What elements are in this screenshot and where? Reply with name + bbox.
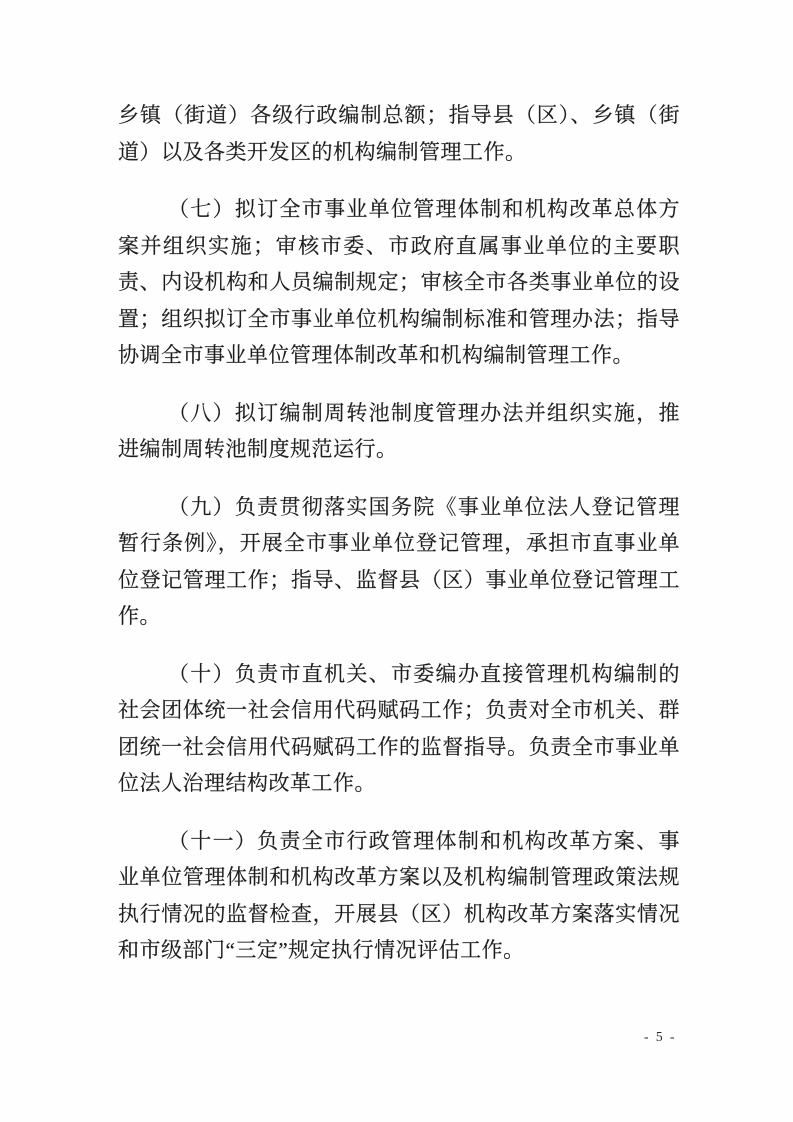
paragraph-continuation: 乡镇（街道）各级行政编制总额；指导县（区）、乡镇（街道）以及各类开发区的机构编制… bbox=[118, 97, 680, 170]
document-page: 乡镇（街道）各级行政编制总额；指导县（区）、乡镇（街道）以及各类开发区的机构编制… bbox=[0, 0, 793, 1122]
page-number: - 5 - bbox=[644, 1028, 677, 1046]
paragraph-item-8: （八）拟订编制周转池制度管理办法并组织实施，推进编制周转池制度规范运行。 bbox=[118, 395, 680, 468]
paragraph-item-11: （十一）负责全市行政管理体制和机构改革方案、事业单位管理体制和机构改革方案以及机… bbox=[118, 823, 680, 969]
paragraph-item-10: （十）负责市直机关、市委编办直接管理机构编制的社会团体统一社会信用代码赋码工作；… bbox=[118, 656, 680, 802]
paragraph-item-7: （七）拟订全市事业单位管理体制和机构改革总体方案并组织实施；审核市委、市政府直属… bbox=[118, 191, 680, 374]
paragraph-item-9: （九）负责贯彻落实国务院《事业单位法人登记管理暂行条例》，开展全市事业单位登记管… bbox=[118, 489, 680, 635]
document-text-block: 乡镇（街道）各级行政编制总额；指导县（区）、乡镇（街道）以及各类开发区的机构编制… bbox=[118, 97, 680, 990]
